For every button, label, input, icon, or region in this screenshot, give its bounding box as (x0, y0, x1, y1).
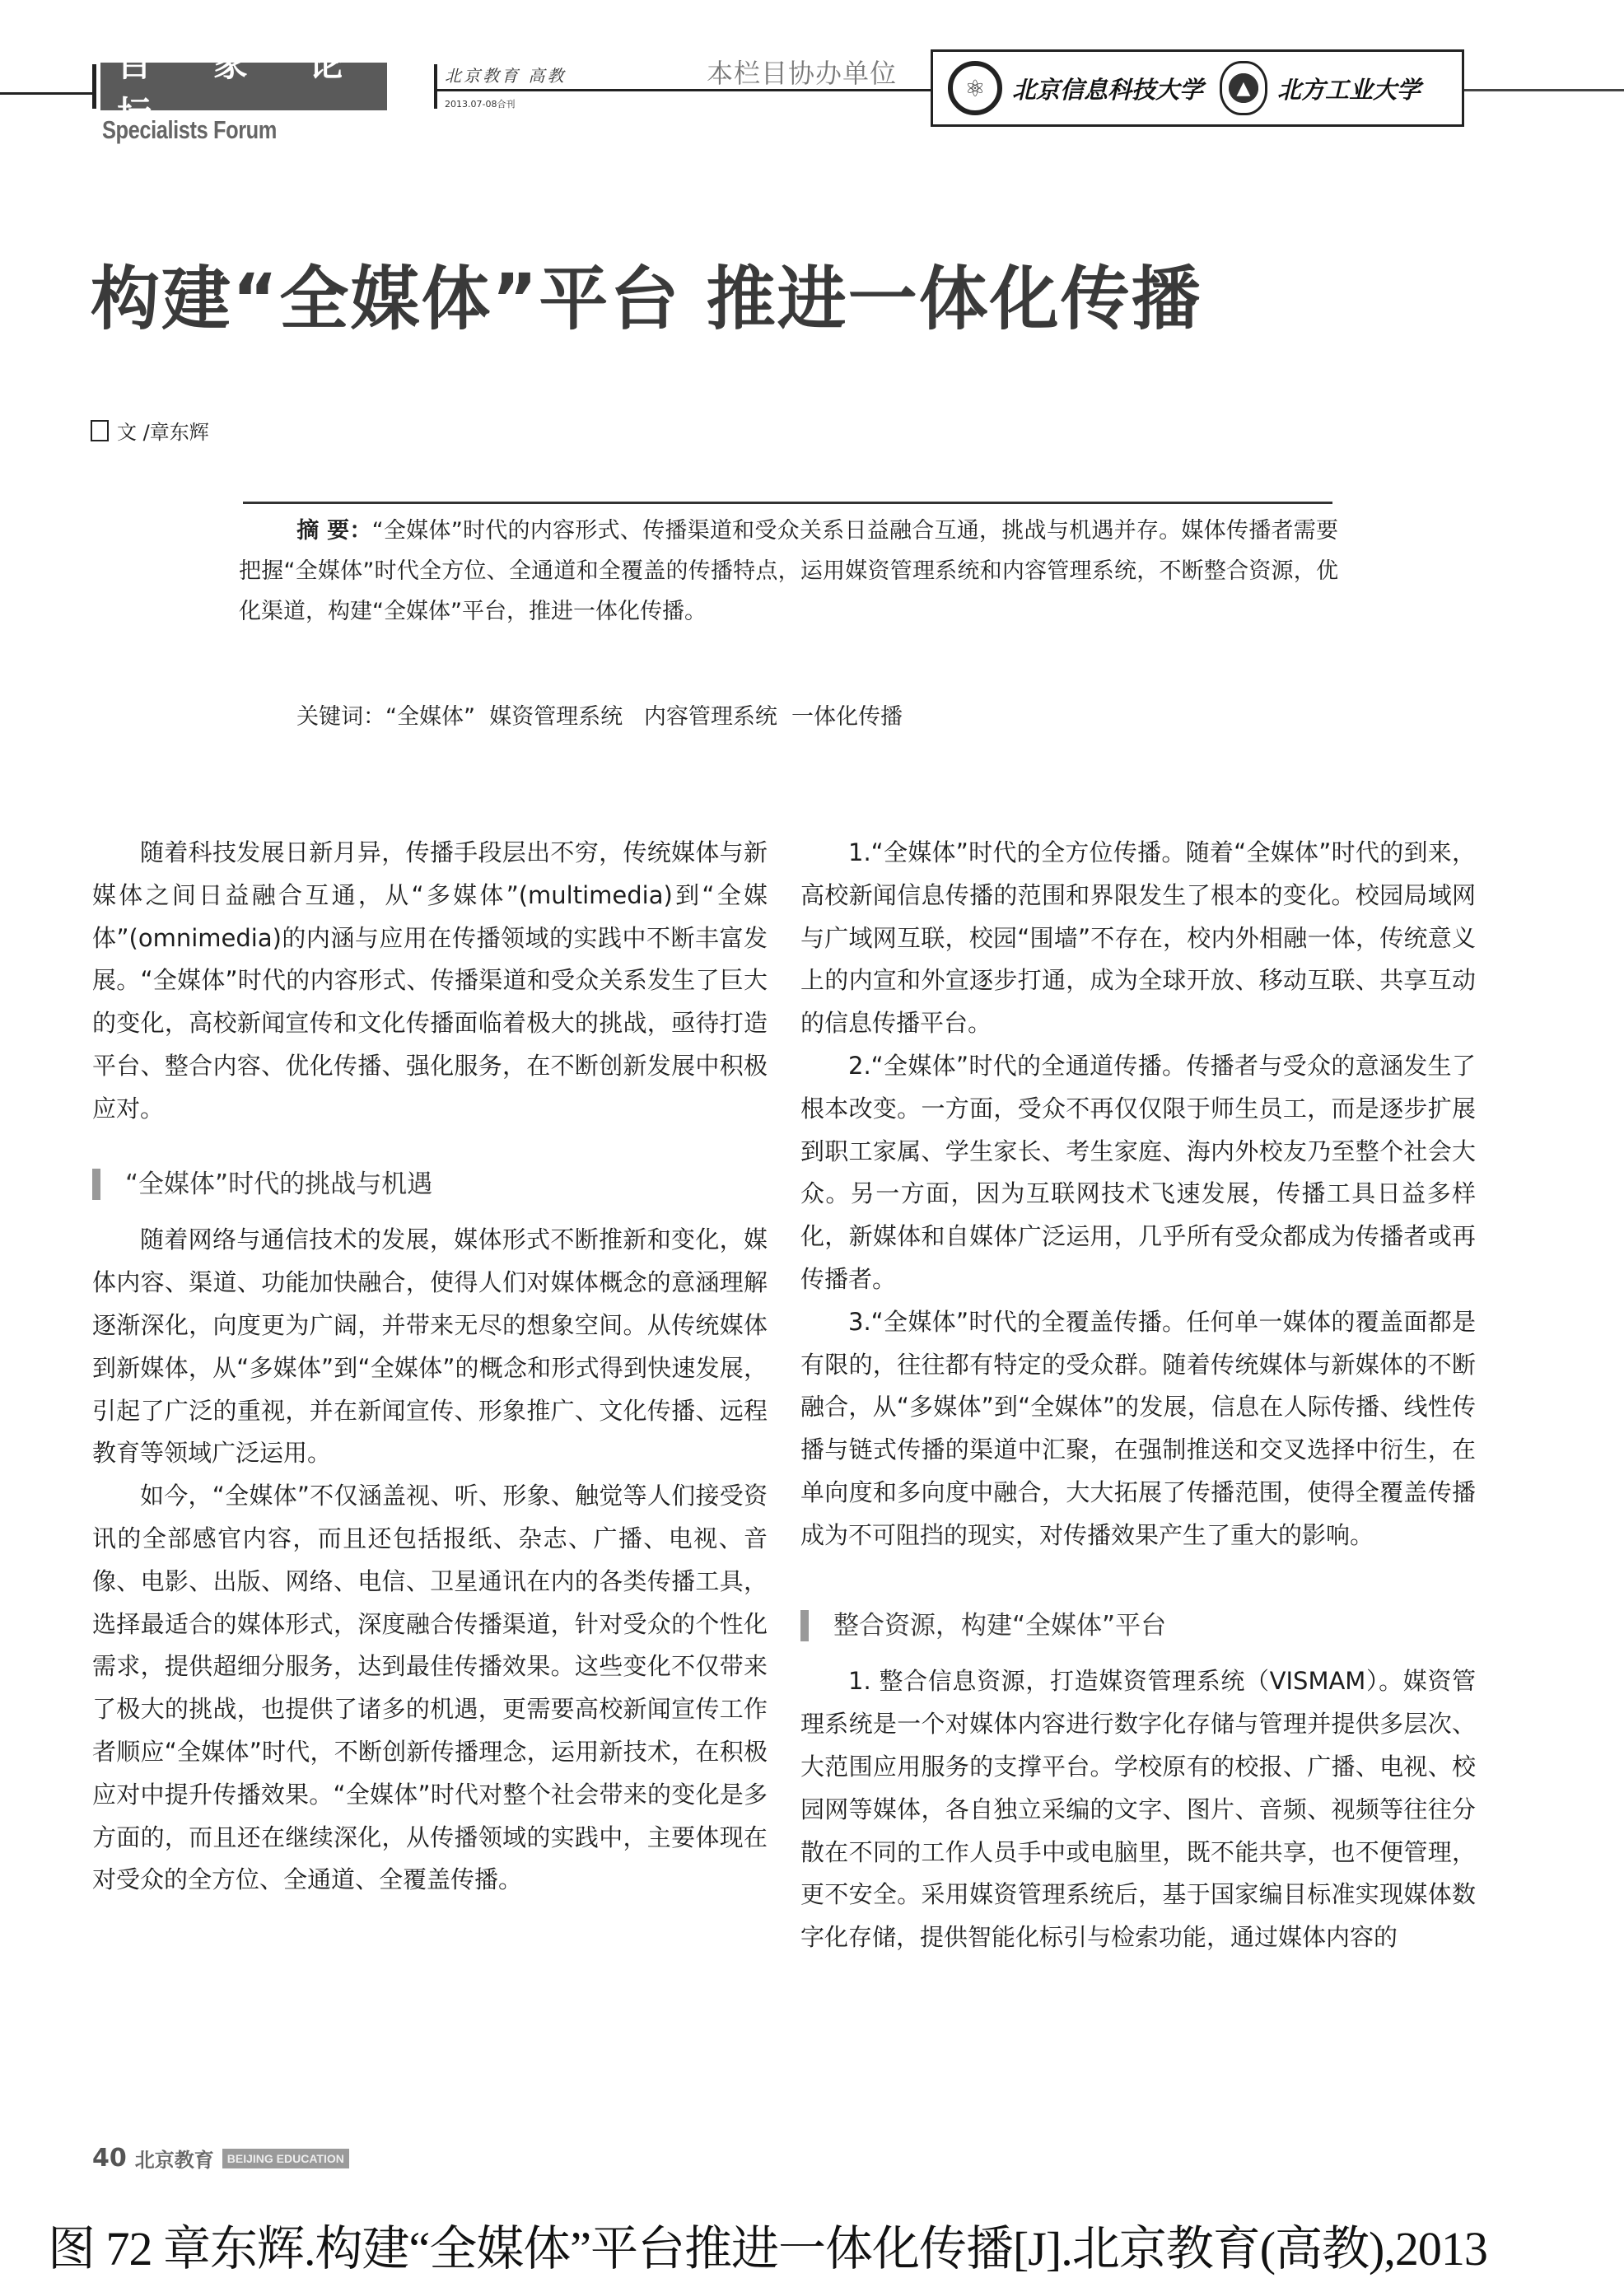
byline: 文 / 章东辉 (91, 416, 209, 445)
paragraph: 3.“全媒体”时代的全覆盖传播。任何单一媒体的覆盖面都是有限的，往往都有特定的受… (800, 1301, 1476, 1557)
section-heading: 整合资源，构建“全媒体”平台 (800, 1605, 1476, 1648)
square-bullet-icon (91, 420, 109, 441)
paragraph: 2.“全媒体”时代的全通道传播。传播者与受众的意涵发生了根本改变。一方面，受众不… (800, 1045, 1476, 1301)
body-column-right: 1.“全媒体”时代的全方位传播。随着“全媒体”时代的到来，高校新闻信息传播的范围… (800, 832, 1476, 1959)
byline-prefix: 文 / (117, 416, 150, 445)
section-heading: “全媒体”时代的挑战与机遇 (92, 1164, 768, 1207)
university-seal-icon: ▲ (1220, 61, 1267, 115)
column-tag: 百 家 论 坛 (100, 63, 387, 110)
keywords: 关键词：“全媒体” 媒资管理系统 内容管理系统 一体化传播 (296, 698, 903, 731)
header-rule-left (0, 92, 92, 95)
abstract-text: “全媒体”时代的内容形式、传播渠道和受众关系日益融合互通，挑战与机遇并存。媒体传… (239, 518, 1338, 624)
author-name: 章东辉 (150, 416, 209, 445)
section-heading-text: “全媒体”时代的挑战与机遇 (125, 1164, 432, 1207)
header-bar-left (92, 64, 96, 109)
paragraph: 1. 整合信息资源，打造媒资管理系统（VISMAM）。媒资管理系统是一个对媒体内… (800, 1660, 1476, 1959)
abstract-label: 摘 要： (296, 518, 371, 544)
column-tag-english: Specialists Forum (102, 115, 277, 145)
section-marker-icon (92, 1169, 100, 1200)
section-heading-text: 整合资源，构建“全媒体”平台 (833, 1605, 1166, 1648)
journal-name: 北京教育 (135, 2144, 214, 2173)
paragraph: 1.“全媒体”时代的全方位传播。随着“全媒体”时代的到来，高校新闻信息传播的范围… (800, 832, 1476, 1045)
body-column-left: 随着科技发展日新月异，传播手段层出不穷，传统媒体与新媒体之间日益融合互通，从“多… (92, 832, 768, 1902)
abstract: 摘 要：“全媒体”时代的内容形式、传播渠道和受众关系日益融合互通，挑战与机遇并存… (239, 511, 1338, 632)
article-title: 构建“全媒体”平台 推进一体化传播 (91, 244, 1202, 343)
figure-caption: 图 72 章东辉.构建“全媒体”平台推进一体化传播[J].北京教育(高教),20… (48, 2210, 1487, 2278)
sponsor-name: 北方工业大学 (1277, 72, 1421, 105)
sponsor-logo-box: ⚛ 北京信息科技大学 ▲ 北方工业大学 (931, 49, 1464, 127)
journal-name-english: BEIJING EDUCATION (222, 2149, 349, 2168)
header-rule-right (1464, 89, 1624, 91)
section-marker-icon (800, 1610, 809, 1641)
paragraph: 随着科技发展日新月异，传播手段层出不穷，传统媒体与新媒体之间日益融合互通，从“多… (92, 832, 768, 1131)
sponsor-name: 北京信息科技大学 (1012, 72, 1203, 105)
sponsor-label: 本栏目协办单位 (707, 53, 897, 91)
header-bar-mid (434, 64, 437, 109)
paragraph: 随着网络与通信技术的发展，媒体形式不断推新和变化，媒体内容、渠道、功能加快融合，… (92, 1219, 768, 1475)
keywords-label: 关键词： (296, 704, 385, 730)
abstract-rule (243, 502, 1332, 504)
journal-page: 百 家 论 坛 Specialists Forum 北京教育 高教 2013.0… (0, 0, 1624, 2278)
paragraph: 如今，“全媒体”不仅涵盖视、听、形象、触觉等人们接受资讯的全部感官内容，而且还包… (92, 1475, 768, 1902)
page-number: 40 (92, 2144, 127, 2173)
university-seal-icon: ⚛ (948, 61, 1002, 115)
magazine-issue: 2013.07-08合刊 (445, 97, 515, 110)
magazine-name: 北京教育 高教 (445, 63, 566, 86)
page-footer: 40 北京教育 BEIJING EDUCATION (92, 2144, 349, 2173)
keywords-list: “全媒体” 媒资管理系统 内容管理系统 一体化传播 (385, 704, 903, 730)
